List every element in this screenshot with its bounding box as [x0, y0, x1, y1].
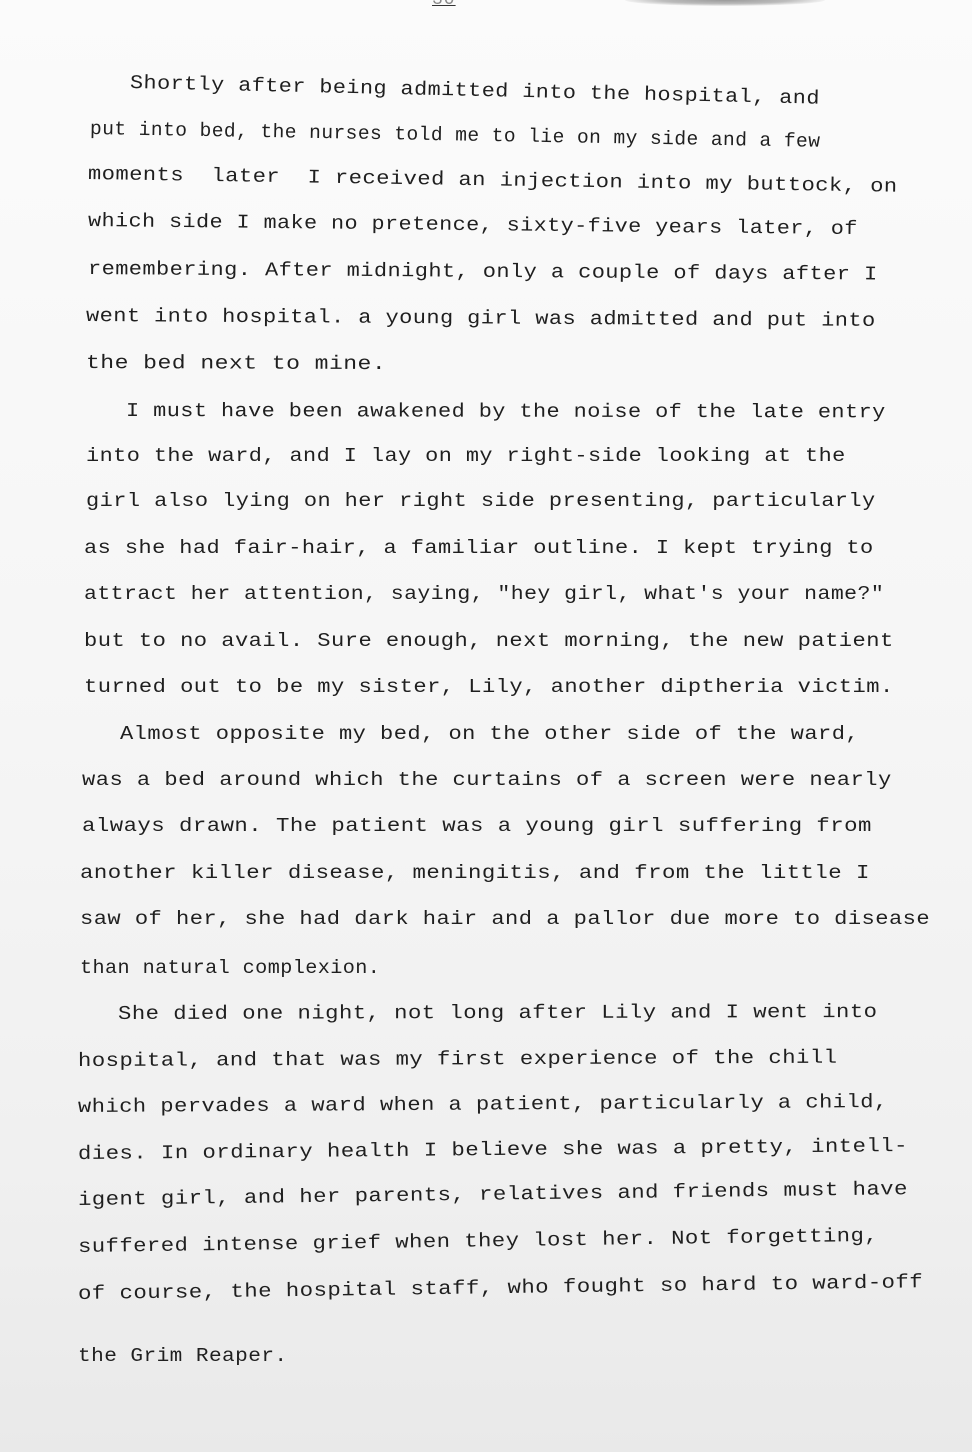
text-line: as she had fair-hair, a familiar outline… [84, 537, 874, 559]
text-line: I must have been awakened by the noise o… [126, 400, 886, 423]
text-line: girl also lying on her right side presen… [86, 490, 876, 512]
text-line: remembering. After midnight, only a coup… [88, 258, 878, 286]
text-line: but to no avail. Sure enough, next morni… [84, 630, 894, 652]
text-line: Shortly after being admitted into the ho… [130, 72, 820, 110]
text-line: always drawn. The patient was a young gi… [82, 815, 872, 837]
text-line: of course, the hospital staff, who fough… [78, 1271, 923, 1305]
page-top-smudge [625, 0, 825, 6]
text-line: suffered intense grief when they lost he… [78, 1225, 878, 1258]
text-line: which side I make no pretence, sixty-fiv… [88, 210, 858, 240]
text-line: saw of her, she had dark hair and a pall… [80, 908, 930, 930]
text-line: another killer disease, meningitis, and … [80, 862, 870, 884]
text-line: the Grim Reaper. [78, 1345, 288, 1367]
text-line: hospital, and that was my first experien… [78, 1047, 838, 1072]
text-line: She died one night, not long after Lily … [118, 1001, 878, 1025]
text-line: which pervades a ward when a patient, pa… [78, 1091, 888, 1118]
text-line: into the ward, and I lay on my right-sid… [86, 445, 846, 467]
text-line: Almost opposite my bed, on the other sid… [120, 723, 859, 745]
page-number: 30 [432, 0, 456, 10]
text-line: moments later I received an injection in… [88, 163, 898, 198]
text-line: went into hospital. a young girl was adm… [86, 305, 876, 332]
text-line: than natural complexion. [80, 957, 380, 979]
text-line: dies. In ordinary health I believe she w… [78, 1135, 908, 1165]
text-line: turned out to be my sister, Lily, anothe… [84, 676, 894, 698]
text-line: attract her attention, saying, "hey girl… [84, 583, 884, 605]
text-line: the bed next to mine. [86, 352, 386, 375]
text-line: was a bed around which the curtains of a… [82, 769, 892, 791]
text-line: put into bed, the nurses told me to lie … [90, 118, 821, 153]
text-line: igent girl, and her parents, relatives a… [78, 1178, 908, 1211]
